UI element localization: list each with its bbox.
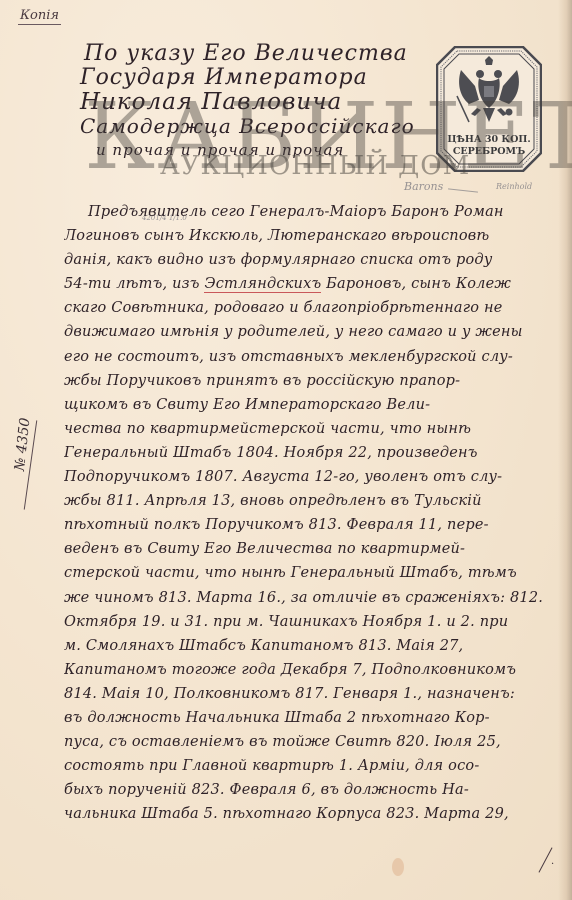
body-line: данія, какъ видно изъ формулярнаго списк… [64, 248, 570, 272]
body-line: пѣхотный полкъ Поручикомъ 813. Февраля 1… [64, 513, 570, 537]
pencil-note: Barons [404, 180, 443, 193]
body-line: Подпоручикомъ 1807. Августа 12-го, уволе… [64, 465, 570, 489]
pencil-note: Reinhold [496, 182, 532, 191]
body-line: щикомъ въ Свиту Его Императорскаго Вели- [64, 393, 570, 417]
red-underlined-phrase: Эстляндскихъ [204, 276, 321, 293]
body-line: скаго Совѣтника, родоваго и благопріобрѣ… [64, 296, 570, 320]
body-line: Капитаномъ тогоже года Декабря 7, Подпол… [64, 658, 570, 682]
document-page: Копія По указу Его Величества Государя И… [0, 0, 572, 900]
body-line: 54-ти лѣтъ, изъ Эстляндскихъ Бароновъ, с… [64, 272, 570, 296]
body-line: состоять при Главной квартирѣ 1. Арміи, … [64, 754, 570, 778]
body-line: Октября 19. и 31. при м. Чашникахъ Ноябр… [64, 610, 570, 634]
body-line: Генеральный Штабъ 1804. Ноября 22, произ… [64, 441, 570, 465]
body-line: же чиномъ 813. Марта 16., за отличіе въ … [64, 586, 570, 610]
body-line: стерской части, что нынѣ Генеральный Шта… [64, 561, 570, 585]
body-line: жбы Поручиковъ принятъ въ россійскую пра… [64, 369, 570, 393]
auction-watermark-subtitle: АУКЦИОННЫЙ ДОМ [160, 152, 470, 180]
body-line: жбы 811. Апрѣля 13, вновь опредѣленъ въ … [64, 489, 570, 513]
end-mark-dot: . [551, 856, 554, 867]
body-line: быхъ порученій 823. Февраля 6, въ должно… [64, 778, 570, 802]
body-line: въ должность Начальника Штаба 2 пѣхотнаг… [64, 706, 570, 730]
body-line: чальника Штаба 5. пѣхотнаго Корпуса 823.… [64, 802, 570, 826]
body-line: движимаго имѣнія у родителей, у него сам… [64, 320, 570, 344]
body-line: Логиновъ сынъ Икскюль, Лютеранскаго вѣро… [64, 224, 570, 248]
body-line: пуса, съ оставленіемъ въ тойже Свитѣ 820… [64, 730, 570, 754]
copy-label: Копія [18, 8, 61, 25]
body-line: чества по квартирмейстерской части, что … [64, 417, 570, 441]
paper-stain [392, 858, 404, 876]
body-line: 814. Маія 10, Полковникомъ 817. Генваря … [64, 682, 570, 706]
body-line: веденъ въ Свиту Его Величества по кварти… [64, 537, 570, 561]
heading-line: По указу Его Величества [80, 42, 420, 66]
body-line: м. Смолянахъ Штабсъ Капитаномъ 813. Маія… [64, 634, 570, 658]
body-line: Предъявитель сего Генералъ-Маіоръ Баронъ… [64, 200, 570, 224]
body-line: его не состоитъ, изъ отставныхъ мекленбу… [64, 345, 570, 369]
document-body: Предъявитель сего Генералъ-Маіоръ Баронъ… [64, 200, 570, 826]
